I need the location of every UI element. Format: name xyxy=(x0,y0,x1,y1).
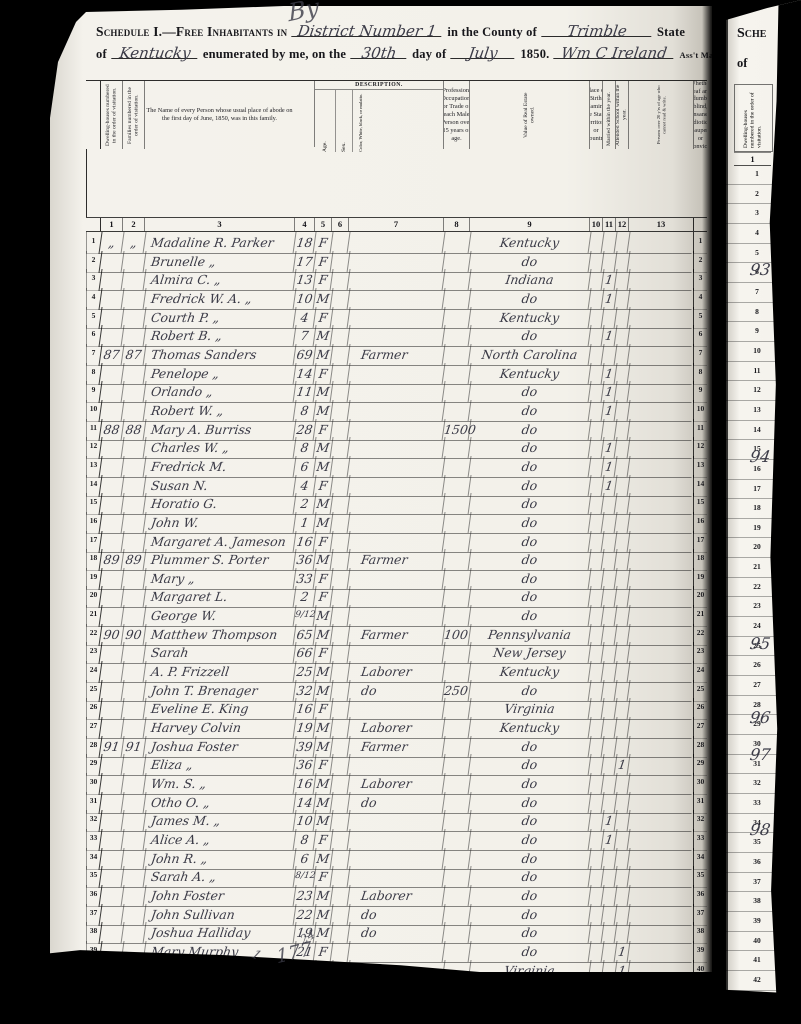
table-row: 5 Courth P. „ 4 F Kentucky xyxy=(86,307,707,326)
table-row: 24 A. P. Frizzell 25 M Laborer Kentucky xyxy=(86,661,707,680)
header-rownum-spacer-right xyxy=(86,149,100,217)
header-rownum-spacer xyxy=(86,81,100,149)
table-row: 4 Fredrick W. A. „ 10 M do 1 xyxy=(86,288,707,307)
table-row: 26 Eveline E. King 16 F Virginia xyxy=(86,698,707,717)
colnum-5: 5 xyxy=(314,218,331,231)
header-realestate: Value of Real Estate owned. xyxy=(469,81,589,149)
dwelling-mark-handwritten: 96 xyxy=(749,708,772,727)
title-line-1: Schedule I.—Free Inhabitants in District… xyxy=(96,24,696,40)
table-row: 18 89 89 Plummer S. Porter 36 M Farmer d… xyxy=(86,549,707,568)
table-row: 11 88 88 Mary A. Burriss 28 F 1500 do xyxy=(86,419,707,438)
table-row: 7 87 87 Thomas Sanders 69 M Farmer North… xyxy=(86,344,707,363)
dwelling-mark-handwritten: 97 xyxy=(749,745,772,764)
dwelling-mark-handwritten: 93 xyxy=(749,260,772,279)
colnum-1: 1 xyxy=(100,218,122,231)
table-row: 29 Eliza „ 36 F do 1 29 xyxy=(86,754,707,773)
table-row: 2 Brunelle „ 17 F do 2 xyxy=(86,251,707,270)
header-profession: Profession, Occupation, or Trade of each… xyxy=(443,81,469,149)
table-row: 19 Mary „ 33 F do 19 xyxy=(86,568,707,587)
colnum-11: 11 xyxy=(602,218,615,231)
header-age: Age. xyxy=(315,90,335,152)
right-page-header-dwelling: Dwelling-houses numbered in the order of… xyxy=(734,84,773,152)
table-row: 3 Almira C. „ 13 F Indiana 1 xyxy=(86,269,707,288)
table-row: 35 Sarah A. „ 8/12 F do xyxy=(86,866,707,885)
colnum-6: 6 xyxy=(331,218,348,231)
title-mid: in the County of xyxy=(447,25,537,40)
table-row: 32 James M. „ 10 M do 1 xyxy=(86,810,707,829)
table-body: 1 „ „ Madaline R. Parker 18 F Kentucky xyxy=(86,232,707,1016)
header-dwelling: Dwelling-houses numbered in the order of… xyxy=(100,81,122,149)
table-row: 31 Otho O. „ 14 M do do xyxy=(86,792,707,811)
table-row: 12 Charles W. „ 8 M do 1 xyxy=(86,437,707,456)
title2-mid2: day of xyxy=(412,47,446,62)
table-row: 33 Alice A. „ 8 F do 1 3 xyxy=(86,829,707,848)
table-row: 15 Horatio G. 2 M do 15 xyxy=(86,493,707,512)
table-row: 21 George W. 9/12 M do xyxy=(86,605,707,624)
header-name: The Name of every Person whose usual pla… xyxy=(144,81,294,149)
colnum-13: 13 xyxy=(628,218,693,231)
table-row: 25 John T. Brenager 32 M do 250 do xyxy=(86,680,707,699)
right-page-of-fragment: of xyxy=(737,56,747,71)
colnum-4: 4 xyxy=(294,218,314,231)
table-row: 38 Joshua Halliday 19 M do do xyxy=(86,922,707,941)
remarks-value xyxy=(626,960,694,982)
table-header: Dwelling-houses numbered in the order of… xyxy=(86,80,707,218)
right-page-colnum: 1 xyxy=(734,152,771,166)
header-color: Color, White, black, or mulatto. xyxy=(352,90,369,152)
table-row: 28 91 91 Joshua Foster 39 M Farmer do xyxy=(86,736,707,755)
table-row: 30 Wm. S. „ 16 M Laborer do xyxy=(86,773,707,792)
table-row: 20 Margaret L. 2 F do 2 xyxy=(86,586,707,605)
table-row: 6 Robert B. „ 7 M do 1 6 xyxy=(86,325,707,344)
district-field: District Number 1 xyxy=(292,26,444,37)
marshal-signature: Wm C Ireland xyxy=(554,48,676,59)
header-sex: Sex. xyxy=(335,90,352,152)
header-birthplace: Place of Birth. Naming the State, Territ… xyxy=(589,81,602,149)
right-page-title-fragment: Sche xyxy=(737,26,766,42)
table-row: 36 John Foster 23 M Laborer do xyxy=(86,885,707,904)
title-suffix: State xyxy=(657,25,685,40)
colnum-8: 8 xyxy=(443,218,469,231)
census-left-page: Schedule I.—Free Inhabitants in District… xyxy=(50,6,712,972)
colnum-7: 7 xyxy=(348,218,443,231)
colnum-2: 2 xyxy=(122,218,144,231)
table-row: 10 Robert W. „ 8 M do 1 xyxy=(86,400,707,419)
table-row: 23 Sarah 66 F New Jersey xyxy=(86,642,707,661)
census-scan: Schedule I.—Free Inhabitants in District… xyxy=(0,0,801,1024)
table-row: 37 John Sullivan 22 M do do xyxy=(86,904,707,923)
title-prefix: Schedule I.—Free Inhabitants in xyxy=(96,24,287,40)
table-row: 17 Margaret A. Jameson 16 F do xyxy=(86,531,707,550)
table-row: 14 Susan N. 4 F do 1 14 xyxy=(86,475,707,494)
page-fold-shadow xyxy=(702,0,728,1024)
header-cannot-read: Persons over 20 y'rs of age who cannot r… xyxy=(628,81,693,149)
table-row: 8 Penelope „ 14 F Kentucky 1 xyxy=(86,363,707,382)
dwelling-mark-handwritten: 94 xyxy=(749,447,772,466)
table-row: 1 „ „ Madaline R. Parker 18 F Kentucky xyxy=(86,232,707,251)
table-row: 22 90 90 Matthew Thompson 65 M Farmer 10… xyxy=(86,624,707,643)
month-field: July xyxy=(451,48,517,59)
title2-of: of xyxy=(96,47,107,62)
table-row: 13 Fredrick M. 6 M do 1 xyxy=(86,456,707,475)
title2-year: 1850. xyxy=(520,47,549,62)
header-description-group: DESCRIPTION. Age. Sex. Color, White, bla… xyxy=(314,81,443,147)
table-row: 16 John W. 1 M do 16 xyxy=(86,512,707,531)
day-field: 30th xyxy=(350,48,408,59)
census-right-page: Sche of Dwelling-houses numbered in the … xyxy=(726,0,801,1012)
dwelling-mark-handwritten: 98 xyxy=(749,820,772,839)
table-row: 9 Orlando „ 11 M do 1 9 xyxy=(86,381,707,400)
title-line-2: of Kentucky enumerated by me, on the 30t… xyxy=(96,47,696,62)
state-field: Kentucky xyxy=(111,48,199,59)
dwelling-mark-handwritten: 95 xyxy=(749,634,772,653)
header-description-label: DESCRIPTION. xyxy=(315,81,443,90)
colnum-12: 12 xyxy=(615,218,628,231)
colnum-10: 10 xyxy=(589,218,602,231)
schedule-title: Schedule I.—Free Inhabitants in District… xyxy=(96,24,696,69)
column-number-row: 1 2 3 4 5 6 7 8 9 10 11 12 13 xyxy=(86,218,707,232)
header-school: Attended School within the year. xyxy=(615,81,628,149)
title2-mid1: enumerated by me, on the xyxy=(203,47,346,62)
colnum-9: 9 xyxy=(469,218,589,231)
header-family: Families numbered in the order of visita… xyxy=(122,81,144,149)
county-field: Trimble xyxy=(541,26,653,37)
table-row: 34 John R. „ 6 M do 34 xyxy=(86,848,707,867)
table-row: 27 Harvey Colvin 19 M Laborer Kentucky xyxy=(86,717,707,736)
colnum-3: 3 xyxy=(144,218,294,231)
census-table: Dwelling-houses numbered in the order of… xyxy=(86,80,707,1016)
header-married: Married within the year. xyxy=(602,81,615,149)
